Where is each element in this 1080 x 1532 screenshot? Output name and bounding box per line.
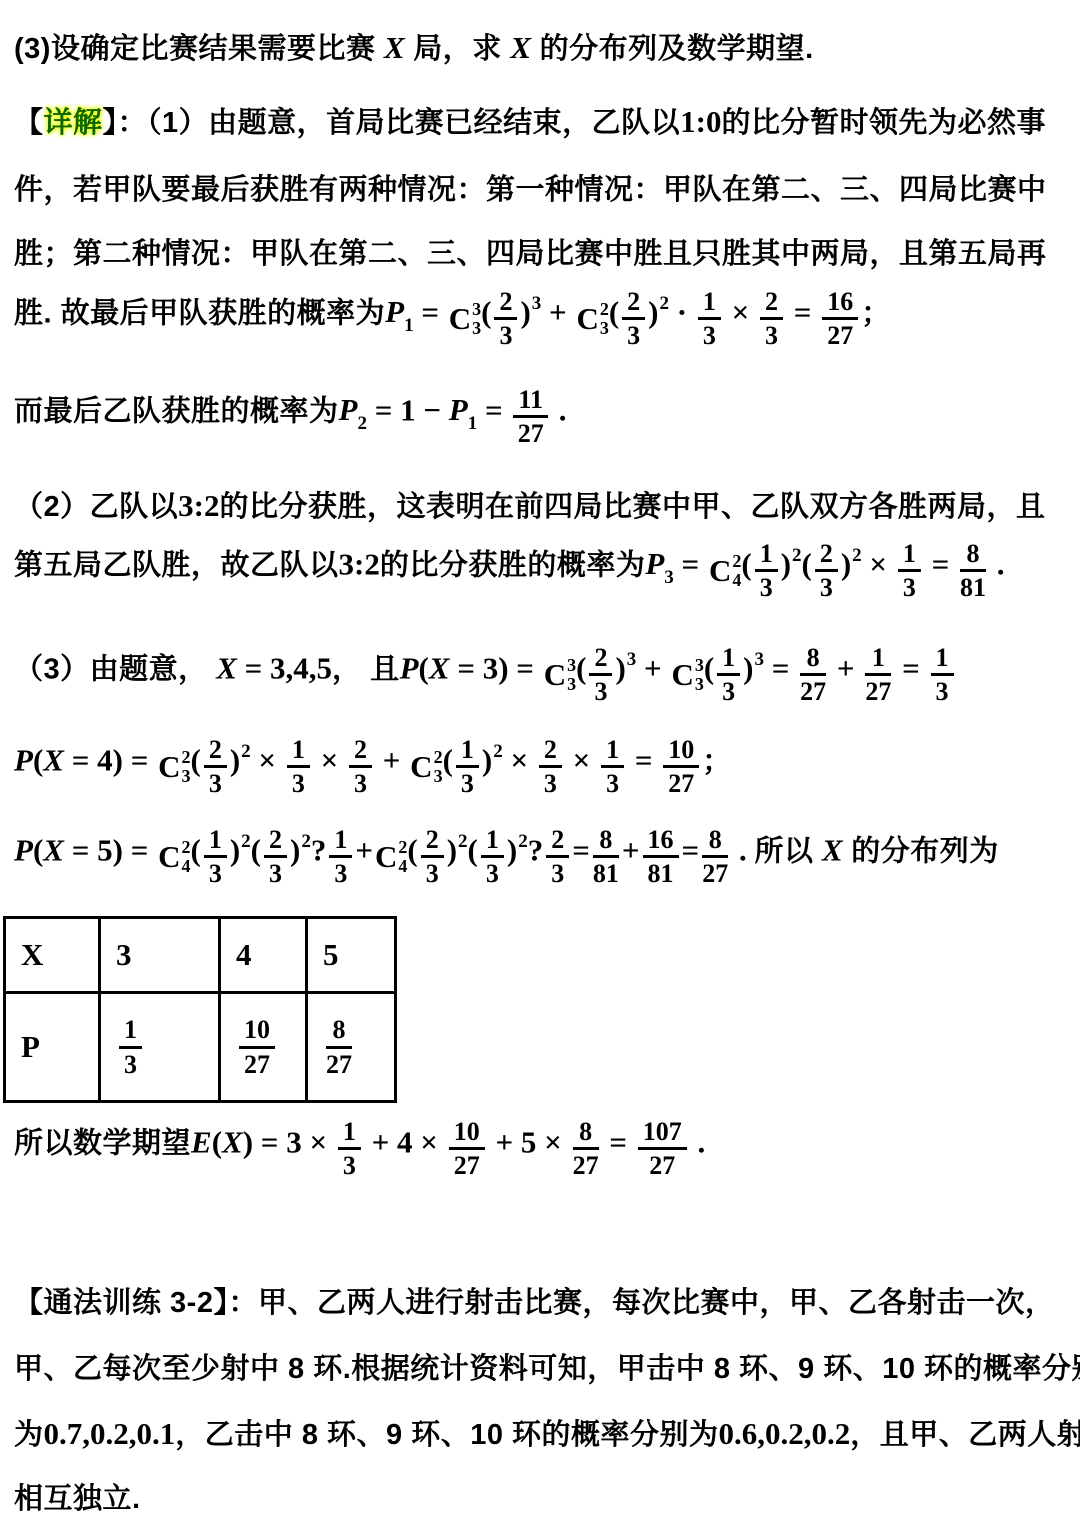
math-run: X (21, 937, 43, 972)
fraction: 23 (622, 288, 645, 350)
math-run: 0.6,0.2,0.2 (719, 1416, 851, 1451)
math-run: = (682, 832, 700, 867)
math-run: × (862, 546, 895, 581)
math-run: ) (648, 294, 658, 329)
fraction-denominator: 3 (287, 768, 310, 797)
fraction-denominator: 3 (931, 676, 954, 705)
math-run: ? (528, 832, 544, 867)
fraction-denominator: 3 (815, 572, 838, 601)
fraction-numerator: 1 (865, 644, 891, 676)
fraction-denominator: 81 (960, 572, 986, 601)
fraction-denominator: 3 (589, 676, 612, 705)
variable: X (43, 832, 64, 867)
fraction: 23 (349, 736, 372, 798)
combination-symbol: C24 (158, 838, 190, 876)
math-run: × (565, 742, 598, 777)
math-run: ( (212, 1124, 222, 1159)
variable: X (43, 742, 64, 777)
fraction-numerator: 11 (513, 386, 548, 418)
fraction-numerator: 1 (338, 1118, 361, 1150)
math-run: ) (507, 832, 517, 867)
fraction-numerator: 8 (800, 644, 826, 676)
fraction: 13 (119, 1016, 142, 1078)
training-line-2: 甲、乙每次至少射中 8 环.根据统计资料可知，甲击中 8 环、9 环、10 环的… (14, 1346, 1080, 1387)
math-run: = (894, 650, 927, 685)
fraction-numerator: 8 (326, 1016, 352, 1048)
text-run: 】：（1）由题意，首局比赛已经结束，乙队以 (103, 107, 681, 139)
superscript: 3 (532, 293, 542, 314)
fraction: 13 (287, 736, 310, 798)
table-row: P131027827 (5, 993, 396, 1102)
fraction-numerator: 2 (494, 288, 517, 320)
math-run: ) (447, 832, 457, 867)
text-run: 件，若甲队要最后获胜有两种情况：第一种情况：甲队在第二、三、四局比赛中 (14, 174, 1047, 206)
fraction-denominator: 3 (456, 768, 479, 797)
math-run: ) (520, 294, 530, 329)
fraction: 827 (573, 1118, 599, 1180)
math-run: ) = 3 × (243, 1124, 335, 1159)
fraction-numerator: 2 (815, 540, 838, 572)
variable: P (14, 832, 33, 867)
fraction: 1127 (513, 386, 548, 448)
math-run: ( (33, 832, 43, 867)
fraction-numerator: 107 (638, 1118, 687, 1150)
fraction-numerator: 16 (643, 826, 679, 858)
fraction: 10727 (638, 1118, 687, 1180)
math-run: = 4) = (64, 742, 156, 777)
fraction: 13 (755, 540, 778, 602)
highlighted-term: 详解 (44, 107, 103, 139)
text-run: （3）由题意， (14, 653, 216, 685)
fraction-numerator: 2 (349, 736, 372, 768)
text-run: 所以数学期望 (14, 1127, 191, 1159)
superscript: 2 (792, 545, 802, 566)
text-run: 【 (14, 107, 44, 139)
fraction-numerator: 2 (589, 644, 612, 676)
superscript: 2 (660, 293, 670, 314)
combination-symbol: C33 (671, 656, 703, 694)
fraction-numerator: 1 (329, 826, 352, 858)
fraction-numerator: 16 (822, 288, 858, 320)
math-run: ( (419, 650, 429, 685)
fraction: 23 (204, 736, 227, 798)
math-run: 0.7,0.2,0.1 (44, 1416, 176, 1451)
math-run: ) (482, 742, 492, 777)
math-run: 3 (116, 937, 132, 972)
variable: X (822, 832, 843, 867)
fraction-numerator: 2 (264, 826, 287, 858)
variable: P (14, 742, 33, 777)
math-run: = 1 − (367, 392, 449, 427)
fraction: 23 (539, 736, 562, 798)
formula-p2-line: 而最后乙队获胜的概率为P2 = 1 − P1 = 1127 . (14, 386, 566, 448)
fraction-denominator: 3 (421, 858, 444, 887)
text-run: 局，求 (405, 33, 511, 65)
variable: P (400, 650, 419, 685)
fraction: 13 (898, 540, 921, 602)
fraction: 23 (760, 288, 783, 350)
math-run: ( (609, 294, 619, 329)
math-run: ( (704, 650, 714, 685)
fraction-numerator: 8 (960, 540, 986, 572)
fraction-numerator: 2 (421, 826, 444, 858)
text-run: 所以 (754, 835, 822, 867)
math-run: ( (191, 742, 201, 777)
fraction-denominator: 27 (822, 320, 858, 349)
table-cell: 5 (307, 918, 396, 993)
math-run: = (786, 294, 819, 329)
formula-px3-line: （3）由题意， X = 3,4,5， 且P(X = 3) = C33(23)3 … (14, 644, 957, 706)
fraction-denominator: 27 (702, 858, 728, 887)
combination-symbol: C33 (544, 656, 576, 694)
training-line-4: 相互独立. (14, 1476, 141, 1517)
fraction: 13 (931, 644, 954, 706)
text-run: ， 且 (332, 653, 400, 685)
math-run: 5 (323, 937, 339, 972)
text-run: (3)设确定比赛结果需要比赛 (14, 33, 384, 65)
fraction: 881 (960, 540, 986, 602)
text-run: 第五局乙队胜，故乙队以 (14, 549, 339, 581)
fraction: 1681 (643, 826, 679, 888)
fraction-numerator: 8 (573, 1118, 599, 1150)
fraction: 23 (815, 540, 838, 602)
fraction-denominator: 3 (349, 768, 372, 797)
fraction-denominator: 3 (760, 320, 783, 349)
math-run: ) (615, 650, 625, 685)
text-run: 为 (14, 1419, 44, 1451)
text-run: 相互独立. (14, 1483, 141, 1515)
math-run: 3:2 (178, 488, 219, 523)
fraction-denominator: 3 (119, 1049, 142, 1078)
text-run: 的比分获胜的概率为 (380, 549, 646, 581)
fraction-denominator: 27 (573, 1150, 599, 1179)
variable-with-subscript: P1 (385, 294, 413, 329)
combination-symbol: C23 (410, 748, 442, 786)
math-run: + (541, 294, 574, 329)
fraction: 13 (698, 288, 721, 350)
combination-symbol: C33 (449, 300, 481, 338)
fraction-denominator: 3 (338, 1150, 361, 1179)
fraction-numerator: 8 (593, 826, 619, 858)
text-run: 胜；第二种情况：甲队在第二、三、四局比赛中胜且只胜其中两局，且第五局再 (14, 238, 1047, 270)
math-run: ( (741, 546, 751, 581)
fraction-numerator: 1 (898, 540, 921, 572)
text-run: 的分布列及数学期望. (531, 33, 814, 65)
fraction-denominator: 27 (513, 418, 548, 447)
math-run: + (636, 650, 669, 685)
text-run: 【通法训练 3-2】：甲、乙两人进行射击比赛，每次比赛中，甲、乙各射击一次， (14, 1287, 1054, 1319)
fraction: 23 (494, 288, 517, 350)
fraction: 23 (264, 826, 287, 888)
expectation-line: 所以数学期望E(X) = 3 × 13 + 4 × 1027 + 5 × 827… (14, 1118, 705, 1180)
fraction: 13 (717, 644, 740, 706)
fraction-numerator: 8 (702, 826, 728, 858)
table-cell: P (5, 993, 100, 1102)
fraction-numerator: 2 (204, 736, 227, 768)
text-run: 而最后乙队获胜的概率为 (14, 395, 339, 427)
solution-line-2: 件，若甲队要最后获胜有两种情况：第一种情况：甲队在第二、三、四局比赛中 (14, 167, 1047, 208)
fraction: 13 (601, 736, 624, 798)
fraction-numerator: 10 (449, 1118, 485, 1150)
text-run: 的比分获胜，这表明在前四局比赛中甲、乙队双方各胜两局，且 (219, 491, 1045, 523)
fraction: 127 (865, 644, 891, 706)
math-run: . (551, 392, 567, 427)
text-run: ； (702, 745, 732, 777)
solution-line-3: 胜；第二种情况：甲队在第二、三、四局比赛中胜且只胜其中两局，且第五局再 (14, 231, 1047, 272)
problem-part3-line: (3)设确定比赛结果需要比赛 X 局，求 X 的分布列及数学期望. (14, 26, 814, 67)
math-run: + (375, 742, 408, 777)
fraction-numerator: 10 (663, 736, 699, 768)
combination-symbol: C23 (576, 300, 608, 338)
fraction-numerator: 1 (287, 736, 310, 768)
math-run: × (724, 294, 757, 329)
table-cell: X (5, 918, 100, 993)
math-run: = (627, 742, 660, 777)
fraction: 13 (338, 1118, 361, 1180)
superscript: 2 (301, 831, 311, 852)
fraction-denominator: 3 (329, 858, 352, 887)
fraction-denominator: 3 (898, 572, 921, 601)
math-run: ( (407, 832, 417, 867)
math-run: + (829, 650, 862, 685)
fraction-denominator: 3 (698, 320, 721, 349)
math-run: = (924, 546, 957, 581)
text-run: ，且甲、乙两人射击 (850, 1419, 1080, 1451)
variable-with-subscript: P1 (449, 392, 477, 427)
variable: X (429, 650, 450, 685)
math-run: × (503, 742, 536, 777)
variable: X (216, 650, 237, 685)
fraction-denominator: 3 (494, 320, 517, 349)
fraction-numerator: 1 (931, 644, 954, 676)
variable: E (191, 1124, 212, 1159)
math-run: ) (743, 650, 753, 685)
table-cell: 4 (220, 918, 307, 993)
fraction: 827 (326, 1016, 352, 1078)
fraction-numerator: 1 (456, 736, 479, 768)
training-line-1: 【通法训练 3-2】：甲、乙两人进行射击比赛，每次比赛中，甲、乙各射击一次， (14, 1280, 1054, 1321)
math-run: = (674, 546, 707, 581)
combination-symbol: C24 (709, 552, 741, 590)
fraction-numerator: 10 (239, 1016, 275, 1048)
fraction-denominator: 3 (481, 858, 504, 887)
math-run: ) (230, 742, 240, 777)
fraction-denominator: 3 (264, 858, 287, 887)
fraction-denominator: 81 (593, 858, 619, 887)
fraction: 13 (329, 826, 352, 888)
math-run: . (690, 1124, 706, 1159)
superscript: 2 (241, 741, 251, 762)
fraction: 1027 (663, 736, 699, 798)
variable: X (510, 30, 531, 65)
superscript: 2 (518, 831, 528, 852)
part2-line-1: （2）乙队以3:2的比分获胜，这表明在前四局比赛中甲、乙队双方各胜两局，且 (14, 484, 1045, 525)
math-run: = 3,4,5 (237, 650, 332, 685)
math-run: + (622, 832, 640, 867)
math-run: = (764, 650, 797, 685)
text-run: 甲、乙每次至少射中 8 环.根据统计资料可知，甲击中 8 环、9 环、10 环的… (14, 1353, 1080, 1385)
superscript: 2 (458, 831, 468, 852)
math-run: 3:2 (339, 546, 380, 581)
fraction-denominator: 27 (638, 1150, 687, 1179)
fraction: 1027 (449, 1118, 485, 1180)
fraction: 23 (546, 826, 569, 888)
text-run: （2）乙队以 (14, 491, 178, 523)
fraction: 13 (481, 826, 504, 888)
fraction: 13 (456, 736, 479, 798)
math-run: ( (191, 832, 201, 867)
fraction-numerator: 1 (601, 736, 624, 768)
math-run: ? (311, 832, 327, 867)
math-run: P (21, 1029, 40, 1064)
fraction-numerator: 1 (698, 288, 721, 320)
math-run: ( (468, 832, 478, 867)
math-run: ( (802, 546, 812, 581)
fraction-denominator: 3 (546, 858, 569, 887)
training-line-3: 为0.7,0.2,0.1，乙击中 8 环、9 环、10 环的概率分别为0.6,0… (14, 1412, 1080, 1453)
text-run: ； (861, 297, 891, 329)
fraction: 1027 (239, 1016, 275, 1078)
fraction: 13 (204, 826, 227, 888)
math-run: ) (290, 832, 300, 867)
math-run: 4 (236, 937, 252, 972)
fraction-denominator: 3 (717, 676, 740, 705)
fraction-denominator: 3 (204, 858, 227, 887)
combination-symbol: C24 (375, 838, 407, 876)
math-run: · (669, 294, 695, 329)
table-cell: 827 (307, 993, 396, 1102)
superscript: 3 (627, 649, 637, 670)
math-run: . (989, 546, 1005, 581)
math-run: + (355, 832, 373, 867)
fraction: 881 (593, 826, 619, 888)
fraction-denominator: 27 (800, 676, 826, 705)
fraction-denominator: 81 (643, 858, 679, 887)
math-run: 1:0 (680, 104, 721, 139)
fraction-numerator: 2 (546, 826, 569, 858)
math-run: + 5 × (488, 1124, 570, 1159)
fraction: 827 (702, 826, 728, 888)
variable-with-subscript: P2 (339, 392, 367, 427)
fraction-denominator: 3 (539, 768, 562, 797)
fraction-denominator: 27 (449, 1150, 485, 1179)
math-run: × (313, 742, 346, 777)
document-page: (3)设确定比赛结果需要比赛 X 局，求 X 的分布列及数学期望.【详解】：（1… (0, 0, 1080, 1532)
fraction-denominator: 27 (663, 768, 699, 797)
fraction-denominator: 27 (326, 1049, 352, 1078)
math-run: + 4 × (364, 1124, 446, 1159)
fraction: 23 (589, 644, 612, 706)
math-run: × (251, 742, 284, 777)
formula-p3-line: 第五局乙队胜，故乙队以3:2的比分获胜的概率为P3 = C24(13)2(23)… (14, 540, 1005, 602)
fraction-numerator: 2 (622, 288, 645, 320)
fraction-numerator: 1 (755, 540, 778, 572)
fraction-denominator: 3 (204, 768, 227, 797)
text-run: 的分布列为 (843, 835, 999, 867)
math-run: = (602, 1124, 635, 1159)
math-run: = (414, 294, 447, 329)
fraction: 23 (421, 826, 444, 888)
solution-line-1: 【详解】：（1）由题意，首局比赛已经结束，乙队以1:0的比分暂时领先为必然事 (14, 100, 1046, 141)
fraction-denominator: 27 (865, 676, 891, 705)
fraction: 827 (800, 644, 826, 706)
math-run: = 5) = (64, 832, 156, 867)
math-run: ) (230, 832, 240, 867)
superscript: 3 (754, 649, 764, 670)
math-run: ( (481, 294, 491, 329)
math-run: ( (576, 650, 586, 685)
formula-px4-line: P(X = 4) = C23(23)2 × 13 × 23 + C23(13)2… (14, 736, 732, 798)
fraction-denominator: 27 (239, 1049, 275, 1078)
fraction-numerator: 2 (539, 736, 562, 768)
text-run: 的比分暂时领先为必然事 (722, 107, 1047, 139)
table-cell: 3 (100, 918, 220, 993)
fraction-denominator: 3 (755, 572, 778, 601)
superscript: 2 (852, 545, 862, 566)
distribution-table: X345P131027827 (3, 916, 397, 1103)
math-run: ) (781, 546, 791, 581)
table-cell: 13 (100, 993, 220, 1102)
text-run: ，乙击中 8 环、9 环、10 环的概率分别为 (175, 1419, 718, 1451)
superscript: 2 (241, 831, 251, 852)
fraction-denominator: 3 (622, 320, 645, 349)
math-run: . (731, 832, 754, 867)
fraction: 1627 (822, 288, 858, 350)
combination-symbol: C23 (158, 748, 190, 786)
fraction-numerator: 2 (760, 288, 783, 320)
superscript: 2 (493, 741, 503, 762)
variable: X (222, 1124, 243, 1159)
fraction-numerator: 1 (204, 826, 227, 858)
math-run: = 3) = (450, 650, 542, 685)
formula-p1-line: 胜. 故最后甲队获胜的概率为P1 = C33(23)3 + C23(23)2 ·… (14, 288, 891, 350)
fraction-denominator: 3 (601, 768, 624, 797)
fraction-numerator: 1 (119, 1016, 142, 1048)
math-run: ( (443, 742, 453, 777)
math-run: ( (33, 742, 43, 777)
formula-px5-line: P(X = 5) = C24(13)2(23)2?13+C24(23)2(13)… (14, 826, 999, 888)
fraction-numerator: 1 (717, 644, 740, 676)
math-run: = (477, 392, 510, 427)
table-cell: 1027 (220, 993, 307, 1102)
text-run: 胜. 故最后甲队获胜的概率为 (14, 297, 385, 329)
variable: X (384, 30, 405, 65)
math-run: ( (251, 832, 261, 867)
math-run: = (572, 832, 590, 867)
table-row: X345 (5, 918, 396, 993)
math-run: ) (841, 546, 851, 581)
variable-with-subscript: P3 (645, 546, 673, 581)
fraction-numerator: 1 (481, 826, 504, 858)
